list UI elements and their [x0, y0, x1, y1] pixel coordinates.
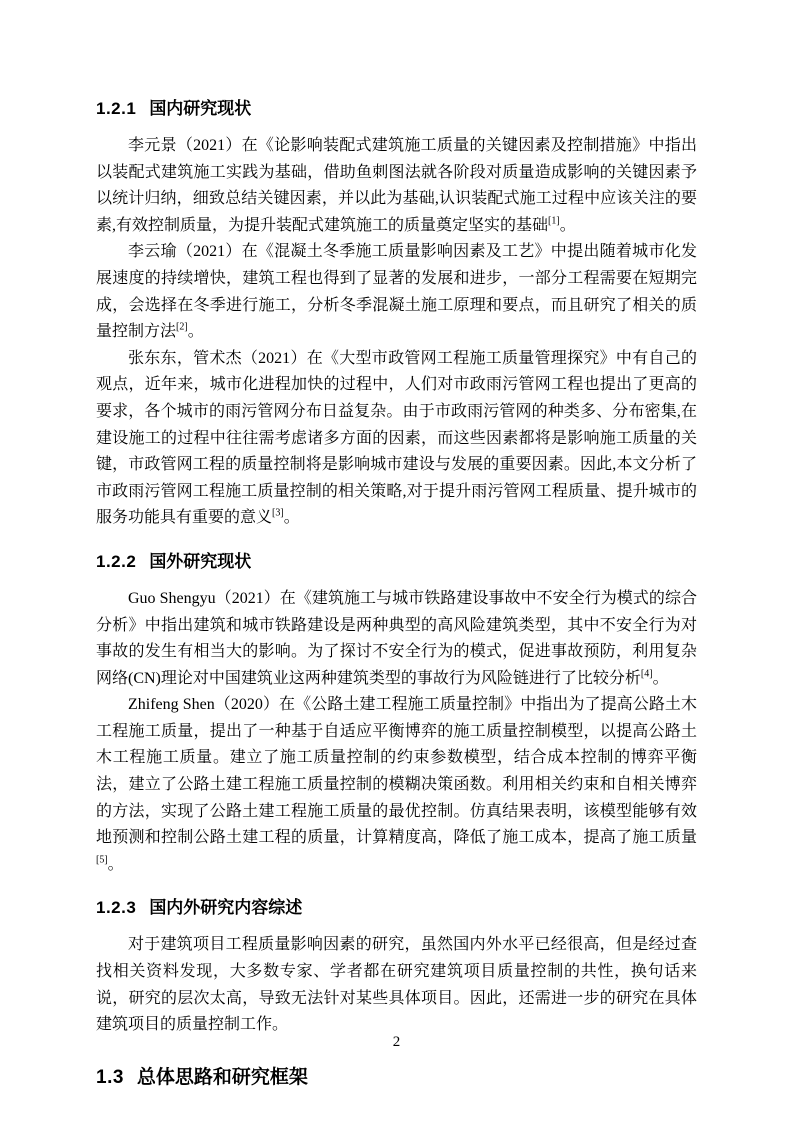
citation-ref-2: [2]	[176, 322, 188, 333]
paragraph-li-yuanjing: 李元景（2021）在《论影响装配式建筑施工质量的关键因素及控制措施》中指出以装配…	[96, 133, 697, 239]
section-title: 总体思路和研究框架	[137, 1067, 308, 1088]
section-number: 1.2.2	[96, 552, 136, 571]
section-number: 1.3	[96, 1067, 124, 1088]
page-number: 2	[0, 1034, 793, 1051]
paragraph-guo-shengyu: Guo Shengyu（2021）在《建筑施工与城市铁路建设事故中不安全行为模式…	[96, 586, 697, 692]
section-title: 国内研究现状	[149, 99, 251, 118]
paragraph-text: 对于建筑项目工程质量影响因素的研究，虽然国内外水平已经很高，但是经过查找相关资料…	[96, 936, 697, 1033]
section-heading-1-2-2: 1.2.2国外研究现状	[96, 551, 697, 573]
paragraph-zhang-dongdong: 张东东，管术杰（2021）在《大型市政管网工程施工质量管理探究》中有自己的观点，…	[96, 346, 697, 532]
paragraph-tail: 。	[188, 323, 204, 340]
section-heading-1-2-3: 1.2.3国内外研究内容综述	[96, 897, 697, 919]
paragraph-tail: 。	[653, 670, 669, 687]
paragraph-tail: 。	[108, 856, 124, 873]
citation-ref-1: [1]	[548, 215, 560, 226]
document-page: 1.2.1国内研究现状 李元景（2021）在《论影响装配式建筑施工质量的关键因素…	[0, 0, 793, 1122]
paragraph-text: 张东东，管术杰（2021）在《大型市政管网工程施工质量管理探究》中有自己的观点，…	[96, 350, 697, 527]
paragraph-zhifeng-shen: Zhifeng Shen（2020）在《公路土建工程施工质量控制》中指出为了提高…	[96, 692, 697, 878]
document-body: 1.2.1国内研究现状 李元景（2021）在《论影响装配式建筑施工质量的关键因素…	[96, 98, 697, 1090]
paragraph-text: Guo Shengyu（2021）在《建筑施工与城市铁路建设事故中不安全行为模式…	[96, 590, 697, 687]
paragraph-li-yunyu: 李云瑜（2021）在《混凝土冬季施工质量影响因素及工艺》中提出随着城市化发展速度…	[96, 239, 697, 345]
paragraph-tail: 。	[560, 217, 576, 234]
paragraph-text: 李元景（2021）在《论影响装配式建筑施工质量的关键因素及控制措施》中指出以装配…	[96, 137, 697, 234]
citation-ref-4: [4]	[641, 668, 653, 679]
section-heading-1-3: 1.3总体思路和研究框架	[96, 1066, 697, 1090]
section-number: 1.2.1	[96, 99, 136, 118]
section-heading-1-2-1: 1.2.1国内研究现状	[96, 98, 697, 120]
paragraph-text: Zhifeng Shen（2020）在《公路土建工程施工质量控制》中指出为了提高…	[96, 696, 697, 846]
paragraph-tail: 。	[284, 509, 300, 526]
citation-ref-5: [5]	[96, 855, 108, 866]
paragraph-summary: 对于建筑项目工程质量影响因素的研究，虽然国内外水平已经很高，但是经过查找相关资料…	[96, 932, 697, 1038]
section-title: 国内外研究内容综述	[149, 898, 302, 917]
section-title: 国外研究现状	[149, 552, 251, 571]
section-number: 1.2.3	[96, 898, 136, 917]
citation-ref-3: [3]	[272, 508, 284, 519]
